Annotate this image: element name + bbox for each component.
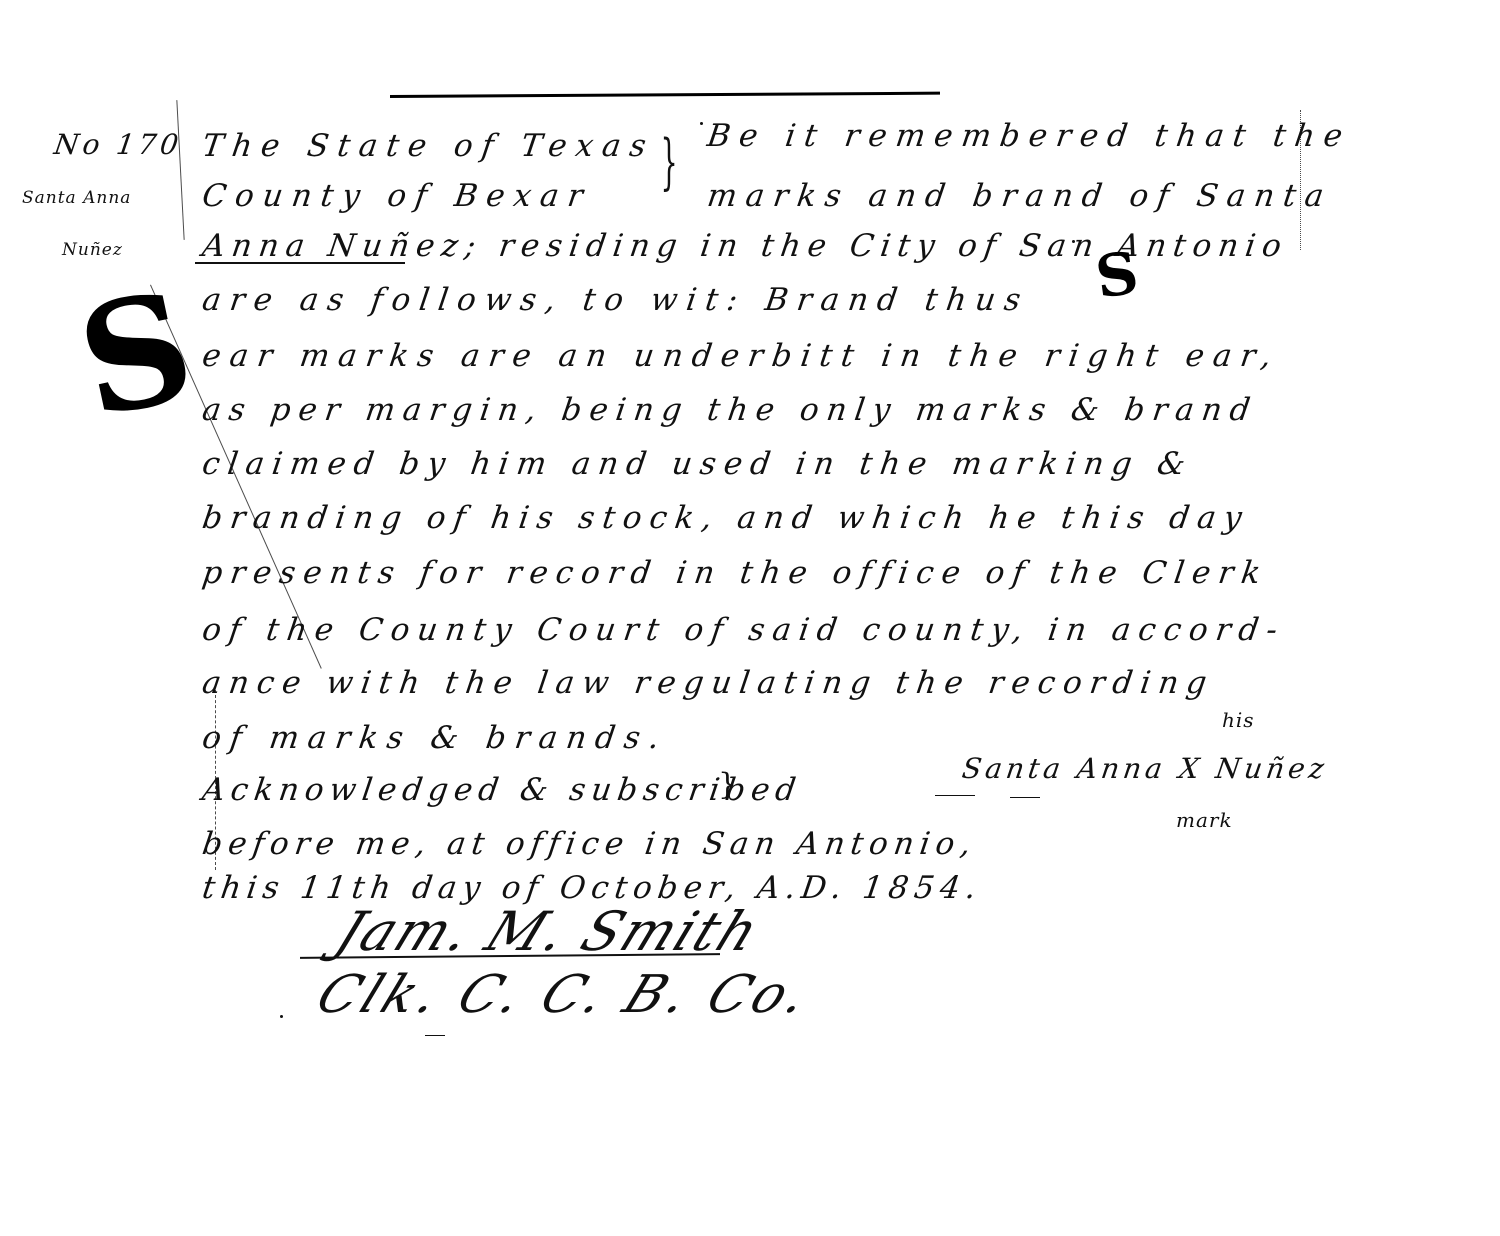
scanned-document-page: No 170 The State of Texas County of Bexa… <box>0 0 1500 1236</box>
top-rule-line <box>390 92 940 98</box>
body-line: as per margin, being the only marks & br… <box>200 392 1260 428</box>
body-line: of marks & brands. <box>200 720 670 756</box>
record-number: No 170 <box>52 128 184 161</box>
attestation-line: before me, at office in San Antonio, <box>200 826 979 862</box>
mark-label: mark <box>1176 808 1233 832</box>
body-line: presents for record in the office of the… <box>200 555 1271 591</box>
brand-mark-inline-icon: S <box>1092 243 1142 306</box>
body-line: claimed by him and used in the marking & <box>200 446 1196 482</box>
scan-mark <box>935 795 975 796</box>
body-line: ear marks are an underbitt in the right … <box>200 338 1282 374</box>
header-brace: } <box>661 132 678 192</box>
name-underline <box>195 262 405 264</box>
header-state: The State of Texas <box>200 128 657 164</box>
margin-name-last: Nuñez <box>62 240 123 260</box>
scan-mark <box>1010 797 1040 798</box>
body-line: Be it remembered that the <box>705 118 1354 154</box>
margin-rule-line <box>176 100 184 240</box>
margin-name-first: Santa Anna <box>22 188 131 208</box>
scan-speck <box>700 122 703 125</box>
brand-mark-margin-icon: S <box>68 270 205 439</box>
body-line: are as follows, to wit: Brand thus <box>200 282 1032 318</box>
clerk-title: Clk. C. C. B. Co. <box>308 965 821 1025</box>
scan-speck <box>280 1015 283 1018</box>
mark-signature-name: Santa Anna X Nuñez <box>960 752 1330 785</box>
scan-mark <box>425 1035 445 1036</box>
attestation-line: Acknowledged & subscribed <box>200 772 804 808</box>
attestation-brace: } <box>718 770 737 800</box>
body-line: marks and brand of Santa <box>705 178 1335 214</box>
body-line: branding of his stock, and which he this… <box>200 500 1252 536</box>
mark-his-label: his <box>1222 708 1255 732</box>
body-line: ance with the law regulating the recordi… <box>200 665 1217 701</box>
header-county: County of Bexar <box>200 178 594 214</box>
body-line: of the County Court of said county, in a… <box>200 612 1288 648</box>
scan-speck <box>1072 240 1075 243</box>
